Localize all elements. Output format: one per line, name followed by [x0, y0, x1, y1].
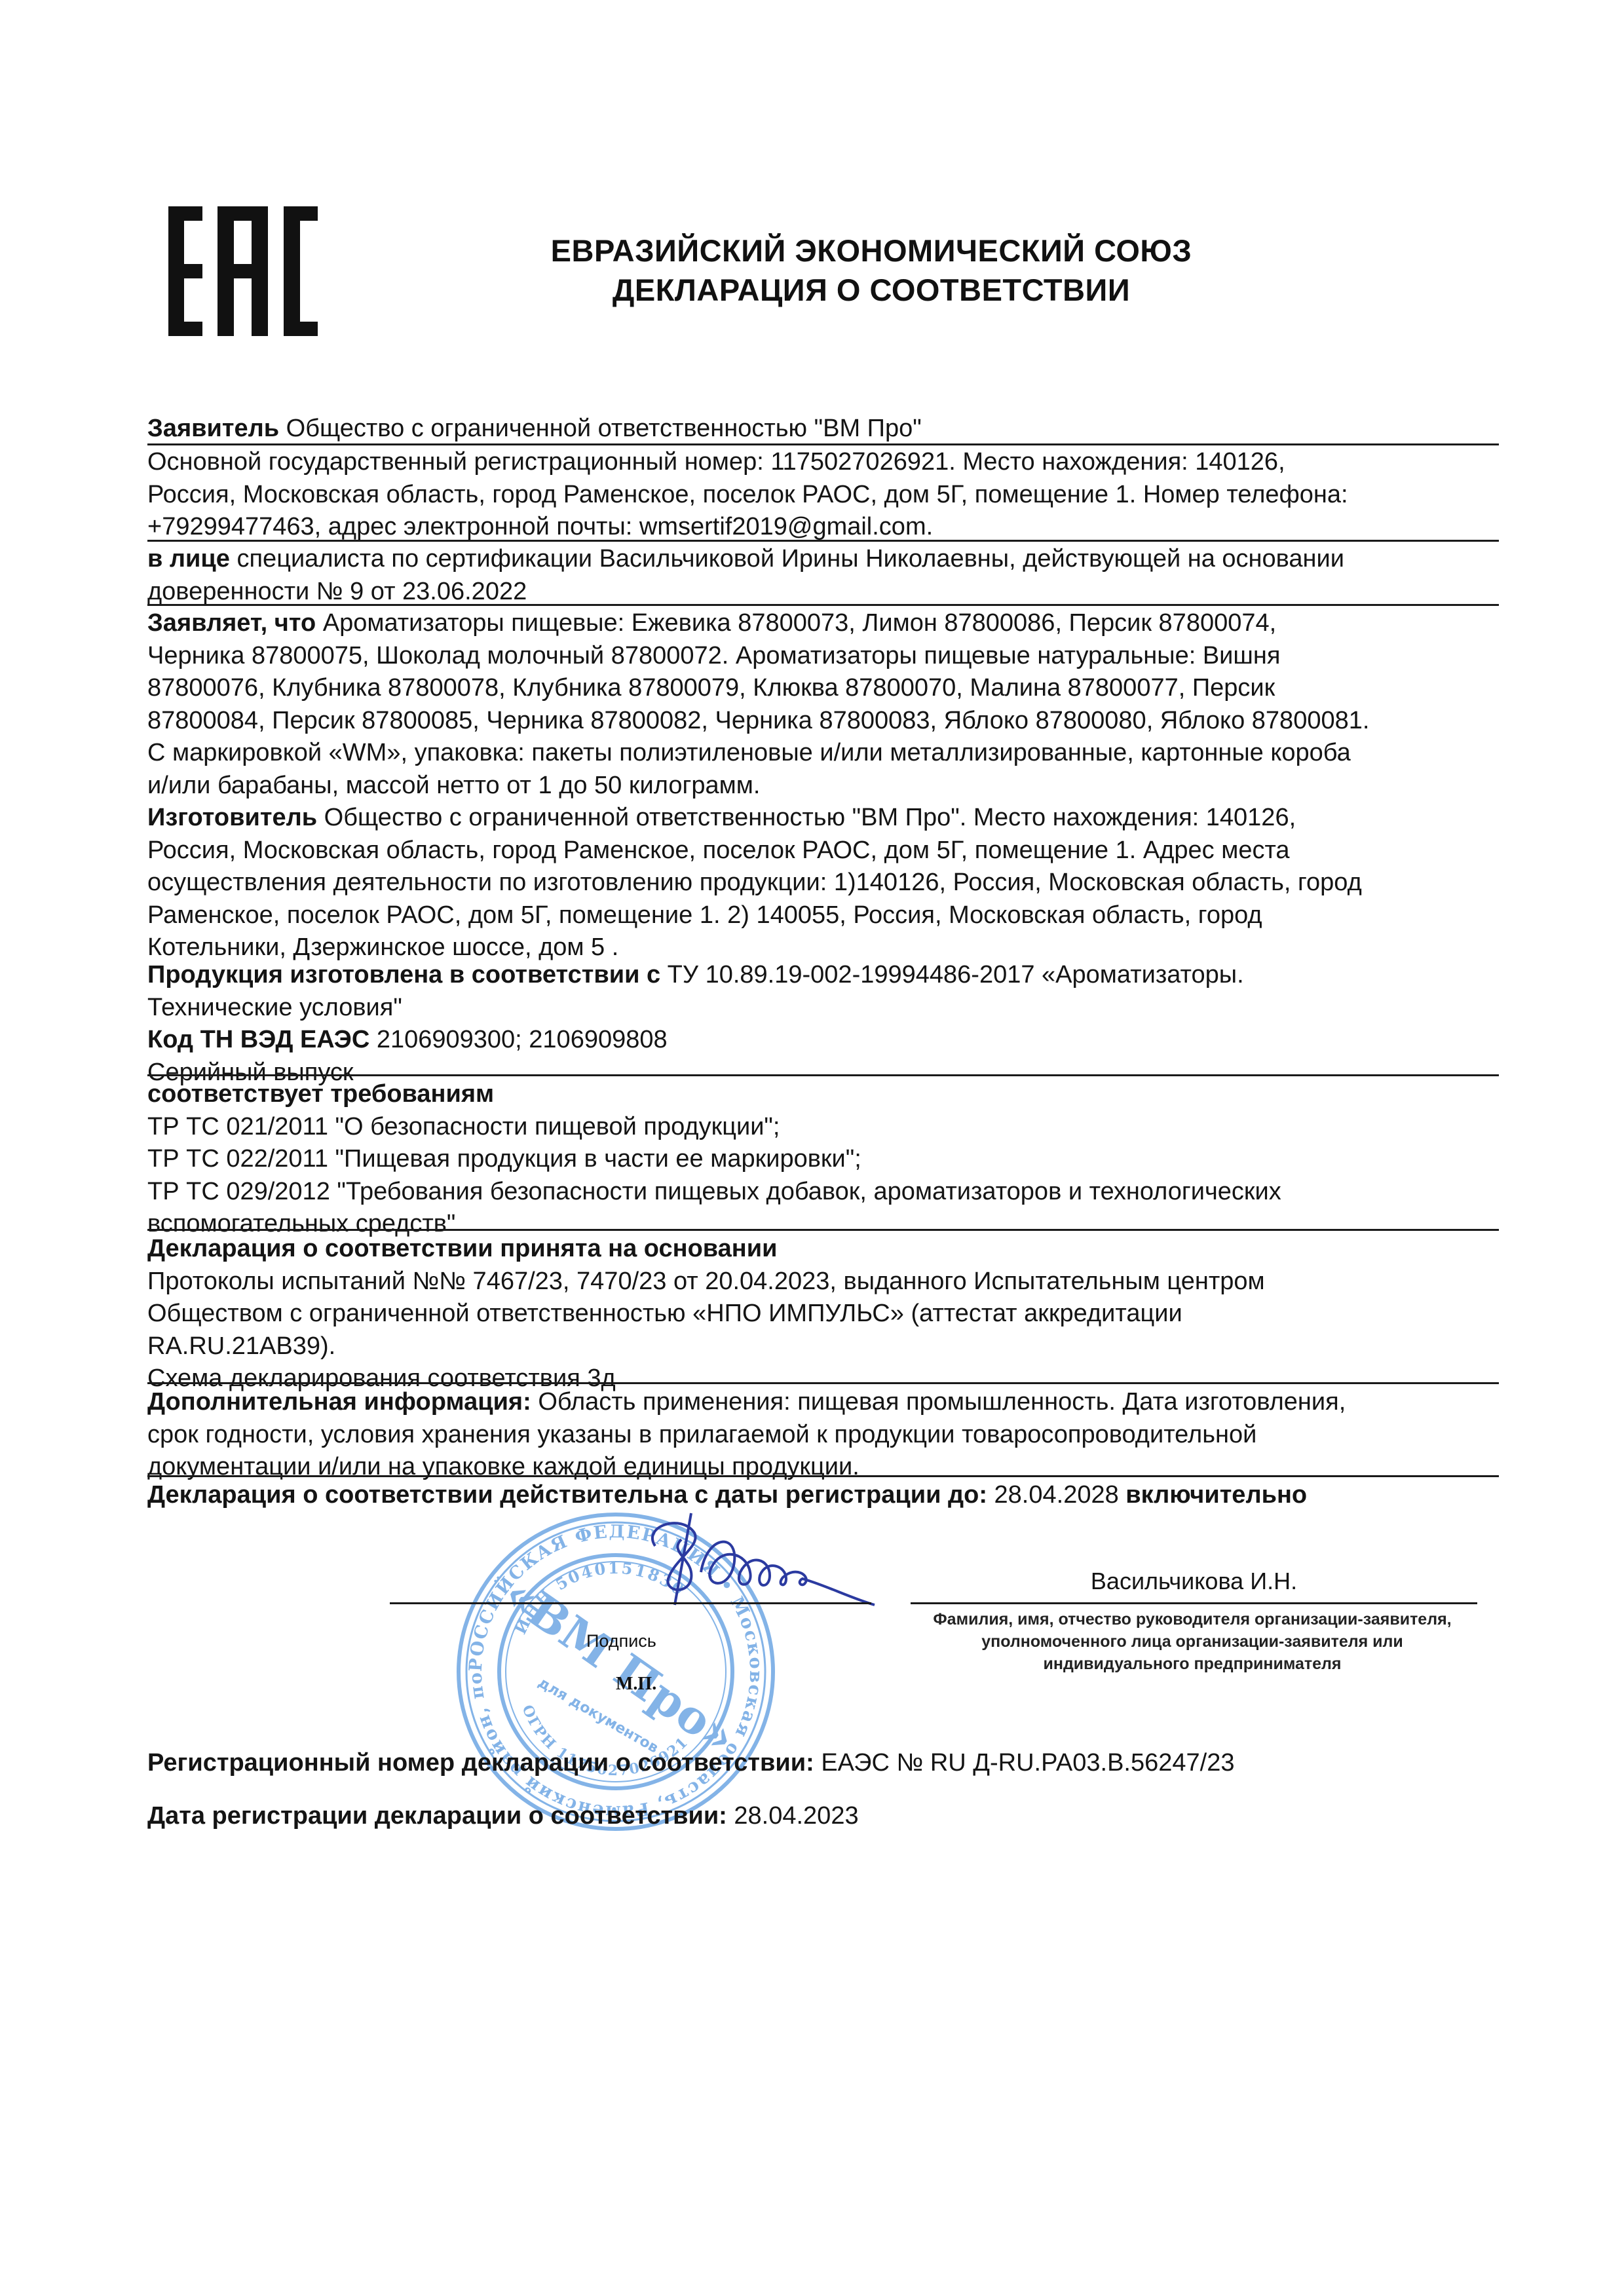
produced-per-label: Продукция изготовлена в соответствии с [147, 961, 660, 988]
applicant-detail-line: Основной государственный регистрационный… [147, 446, 1500, 479]
applicant-label: Заявитель [147, 415, 279, 442]
produced-per-section: Продукция изготовлена в соответствии с Т… [147, 959, 1500, 1089]
signature-caption: Подпись [586, 1631, 656, 1651]
product-line: и/или барабаны, массой нетто от 1 до 50 … [147, 770, 1500, 802]
eac-logo [168, 206, 318, 336]
signer-caption-line: индивидуального предпринимателя [891, 1653, 1494, 1675]
basis-section: Декларация о соответствии принята на осн… [147, 1233, 1500, 1395]
registration-date-value: 28.04.2023 [727, 1802, 859, 1830]
tnved-label: Код ТН ВЭД ЕАЭС [147, 1026, 369, 1053]
power-of-attorney: доверенности № 9 от 23.06.2022 [147, 576, 1500, 609]
registration-number-value: ЕАЭС № RU Д-RU.РА03.В.56247/23 [814, 1749, 1235, 1777]
declares-section: Заявляет, что Ароматизаторы пищевые: Еже… [147, 607, 1500, 802]
requirements-label: соответствует требованиям [147, 1078, 1500, 1111]
validity-suffix: включительно [1119, 1481, 1307, 1509]
product-line: 87800076, Клубника 87800078, Клубника 87… [147, 672, 1500, 705]
validity-label: Декларация о соответствии действительна … [147, 1481, 987, 1509]
applicant-detail-line: +79299477463, адрес электронной почты: w… [147, 511, 1500, 544]
registration-number: Регистрационный номер декларации о соотв… [147, 1747, 1500, 1780]
requirements-section: соответствует требованиям ТР ТС 021/2011… [147, 1078, 1500, 1241]
signer-caption-line: Фамилия, имя, отчество руководителя орга… [891, 1608, 1494, 1630]
handwritten-signature [629, 1507, 911, 1611]
tnved-codes: 2106909300; 2106909808 [369, 1026, 667, 1053]
signer-name: Васильчикова И.Н. [911, 1568, 1477, 1595]
validity-date: 28.04.2028 [987, 1481, 1119, 1509]
representative-text: специалиста по сертификации Васильчиково… [230, 545, 1344, 573]
divider [147, 540, 1499, 542]
representative-section: в лице специалиста по сертификации Васил… [147, 543, 1500, 608]
product-line: С маркировкой «WM», упаковка: пакеты пол… [147, 737, 1500, 770]
union-title: ЕВРАЗИЙСКИЙ ЭКОНОМИЧЕСКИЙ СОЮЗ [544, 233, 1199, 269]
divider [147, 1229, 1499, 1231]
additional-label: Дополнительная информация: [147, 1388, 531, 1416]
tu-reference-cont: Технические условия" [147, 992, 1500, 1025]
applicant-section: Заявитель Общество с ограниченной ответс… [147, 413, 1500, 445]
requirement-item: ТР ТС 029/2012 "Требования безопасности … [147, 1176, 1500, 1209]
applicant-name: Общество с ограниченной ответственностью… [279, 415, 922, 442]
divider [147, 443, 1499, 445]
registration-number-label: Регистрационный номер декларации о соотв… [147, 1749, 814, 1777]
basis-line: Обществом с ограниченной ответственность… [147, 1298, 1500, 1330]
divider [147, 1382, 1499, 1384]
tu-reference: ТУ 10.89.19-002-19994486-2017 «Ароматиза… [660, 961, 1244, 988]
divider [147, 1475, 1499, 1477]
manufacturer-line: осуществления деятельности по изготовлен… [147, 867, 1500, 899]
applicant-details: Основной государственный регистрационный… [147, 446, 1500, 544]
signer-caption-line: уполномоченного лица организации-заявите… [891, 1630, 1494, 1653]
signer-name-line [911, 1602, 1477, 1604]
manufacturer-line: Россия, Московская область, город Раменс… [147, 835, 1500, 867]
divider [147, 1074, 1499, 1076]
basis-label: Декларация о соответствии принята на осн… [147, 1233, 1500, 1266]
signer-caption: Фамилия, имя, отчество руководителя орга… [891, 1608, 1494, 1675]
product-line: 87800084, Персик 87800085, Черника 87800… [147, 705, 1500, 738]
additional-line: Область применения: пищевая промышленнос… [531, 1388, 1346, 1416]
seal-caption: М.П. [616, 1674, 656, 1695]
manufacturer-label: Изготовитель [147, 804, 317, 831]
additional-section: Дополнительная информация: Область приме… [147, 1386, 1500, 1484]
manufacturer-section: Изготовитель Общество с ограниченной отв… [147, 802, 1500, 964]
registration-date-label: Дата регистрации декларации о соответств… [147, 1802, 727, 1830]
representative-label: в лице [147, 545, 230, 573]
document-title: ДЕКЛАРАЦИЯ О СООТВЕТСТВИИ [544, 272, 1199, 308]
registration-date: Дата регистрации декларации о соответств… [147, 1800, 1500, 1833]
divider [147, 604, 1499, 606]
basis-line: RA.RU.21AB39). [147, 1330, 1500, 1363]
product-line: Ароматизаторы пищевые: Ежевика 87800073,… [316, 609, 1276, 637]
requirement-item: ТР ТС 022/2011 "Пищевая продукция в част… [147, 1143, 1500, 1176]
requirement-item: ТР ТС 021/2011 "О безопасности пищевой п… [147, 1111, 1500, 1144]
manufacturer-line: Общество с ограниченной ответственностью… [317, 804, 1296, 831]
basis-line: Протоколы испытаний №№ 7467/23, 7470/23 … [147, 1266, 1500, 1298]
manufacturer-line: Раменское, поселок РАОС, дом 5Г, помещен… [147, 899, 1500, 932]
additional-line: срок годности, условия хранения указаны … [147, 1419, 1500, 1452]
product-line: Черника 87800075, Шоколад молочный 87800… [147, 640, 1500, 673]
applicant-detail-line: Россия, Московская область, город Раменс… [147, 479, 1500, 512]
signature-line [390, 1602, 871, 1604]
declares-label: Заявляет, что [147, 609, 316, 637]
